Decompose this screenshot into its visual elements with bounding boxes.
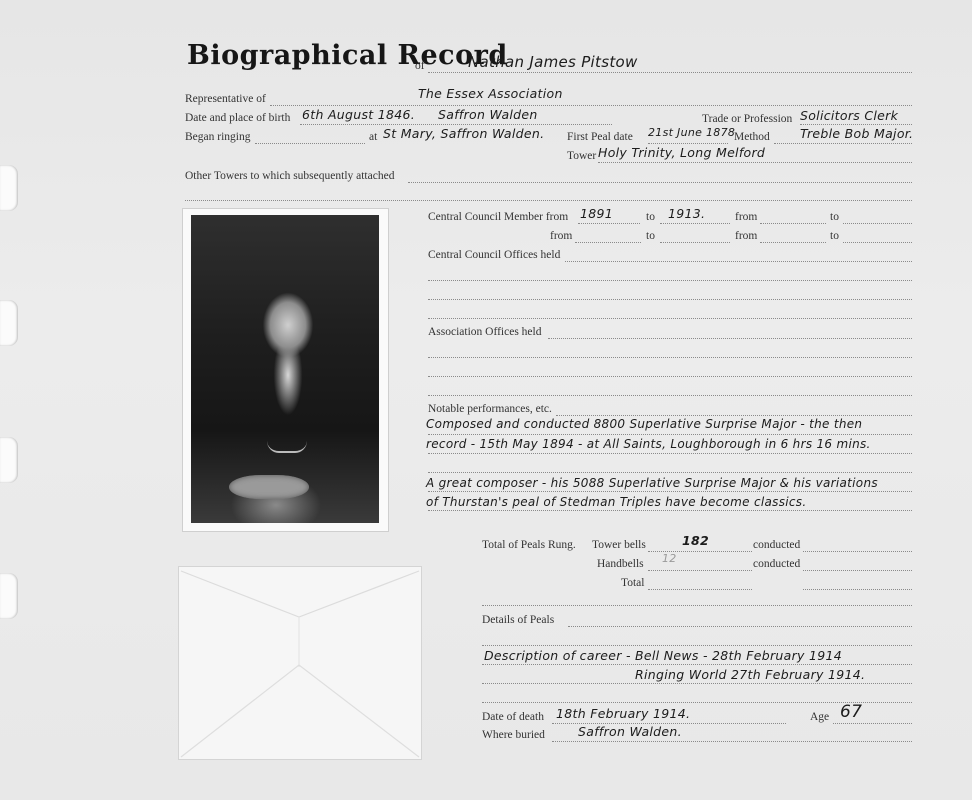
attached-envelope[interactable]: [178, 566, 422, 760]
line: [843, 223, 912, 224]
line: [482, 683, 912, 684]
notable-label: Notable performances, etc.: [428, 403, 552, 415]
line: [482, 605, 912, 606]
line: [270, 105, 912, 106]
cc-from-label: from: [550, 230, 572, 242]
first-peal-value: 21st June 1878: [648, 126, 735, 139]
line: [428, 299, 912, 300]
cc-from-label: from: [735, 211, 757, 223]
assoc-offices-label: Association Offices held: [428, 326, 541, 338]
details-line-1: Description of career - Bell News - 28th…: [484, 648, 842, 663]
line: [548, 338, 912, 339]
conducted-label: conducted: [753, 558, 800, 570]
line: [598, 162, 912, 163]
envelope-flap-icon: [179, 567, 421, 759]
line: [803, 589, 912, 590]
name-line: [428, 72, 912, 73]
line: [648, 143, 728, 144]
representative-label: Representative of: [185, 93, 266, 105]
line: [428, 318, 912, 319]
cc-offices-label: Central Council Offices held: [428, 249, 560, 261]
line: [760, 223, 826, 224]
death-label: Date of death: [482, 711, 544, 723]
first-peal-label: First Peal date: [567, 131, 633, 143]
title-of: of: [415, 60, 425, 72]
page-title: Biographical Record: [187, 40, 508, 71]
line: [428, 510, 912, 511]
line: [803, 570, 912, 571]
line: [568, 626, 912, 627]
line: [428, 376, 912, 377]
cc-to-label: to: [830, 211, 839, 223]
line: [648, 570, 752, 571]
binder-hole: [0, 437, 18, 483]
notable-line-2: record - 15th May 1894 - at All Saints, …: [426, 437, 871, 451]
handbells-value: 12: [662, 552, 677, 565]
began-at-label: at: [369, 131, 377, 143]
birth-place: Saffron Walden: [438, 107, 538, 122]
line: [660, 242, 730, 243]
line: [552, 741, 912, 742]
line: [482, 645, 912, 646]
line: [800, 124, 912, 125]
line: [428, 434, 912, 435]
trade-label: Trade or Profession: [702, 113, 792, 125]
line: [774, 143, 912, 144]
line: [428, 395, 912, 396]
line: [482, 664, 912, 665]
other-towers-label: Other Towers to which subsequently attac…: [185, 170, 394, 182]
age-label: Age: [810, 711, 829, 723]
cc-from-label: from: [735, 230, 757, 242]
line: [833, 723, 912, 724]
age-value: 67: [840, 702, 862, 722]
line: [760, 242, 826, 243]
notable-line-4: of Thurstan's peal of Stedman Triples ha…: [426, 495, 806, 509]
representative-value: The Essex Association: [418, 86, 563, 101]
conducted-label: conducted: [753, 539, 800, 551]
cc-to-label: to: [646, 230, 655, 242]
buried-label: Where buried: [482, 729, 545, 741]
birth-label: Date and place of birth: [185, 112, 290, 124]
line: [803, 551, 912, 552]
line: [255, 143, 365, 144]
line: [300, 124, 612, 125]
binder-hole: [0, 300, 18, 346]
cc-to-1: 1913.: [668, 206, 705, 221]
tower-value: Holy Trinity, Long Melford: [598, 145, 765, 160]
line: [575, 242, 641, 243]
portrait-image: [191, 215, 379, 523]
notable-line-1: Composed and conducted 8800 Superlative …: [426, 417, 862, 431]
portrait-photograph: [182, 208, 389, 532]
line: [648, 589, 752, 590]
method-label: Method: [734, 131, 770, 143]
began-at-value: St Mary, Saffron Walden.: [383, 126, 544, 141]
cc-to-label: to: [646, 211, 655, 223]
cc-member-label: Central Council Member from: [428, 211, 568, 223]
subject-name: Nathan James Pitstow: [468, 53, 638, 71]
straw-hat: [229, 475, 309, 499]
method-value: Treble Bob Major.: [800, 126, 913, 141]
line: [428, 280, 912, 281]
line: [185, 200, 912, 201]
line: [428, 472, 912, 473]
birth-date: 6th August 1846.: [302, 107, 415, 122]
cc-to-label: to: [830, 230, 839, 242]
notable-line-3: A great composer - his 5088 Superlative …: [426, 476, 878, 490]
trade-value: Solicitors Clerk: [800, 108, 898, 123]
death-value: 18th February 1914.: [556, 706, 690, 721]
handbells-label: Handbells: [597, 558, 644, 570]
line: [428, 357, 912, 358]
line: [578, 223, 640, 224]
watch-chain: [267, 441, 307, 453]
began-label: Began ringing: [185, 131, 250, 143]
total-label: Total: [621, 577, 644, 589]
tower-label: Tower: [567, 150, 596, 162]
details-label: Details of Peals: [482, 614, 554, 626]
line: [428, 453, 912, 454]
line: [556, 415, 912, 416]
total-peals-label: Total of Peals Rung.: [482, 539, 576, 551]
line: [843, 242, 912, 243]
binder-hole: [0, 165, 18, 211]
line: [565, 261, 912, 262]
cc-from-1: 1891: [580, 206, 613, 221]
line: [428, 491, 912, 492]
tower-bells-label: Tower bells: [592, 539, 646, 551]
tower-bells-value: 182: [682, 533, 709, 548]
line: [408, 182, 912, 183]
binder-hole: [0, 573, 18, 619]
details-line-2: Ringing World 27th February 1914.: [635, 667, 865, 682]
buried-value: Saffron Walden.: [578, 724, 682, 739]
line: [660, 223, 730, 224]
